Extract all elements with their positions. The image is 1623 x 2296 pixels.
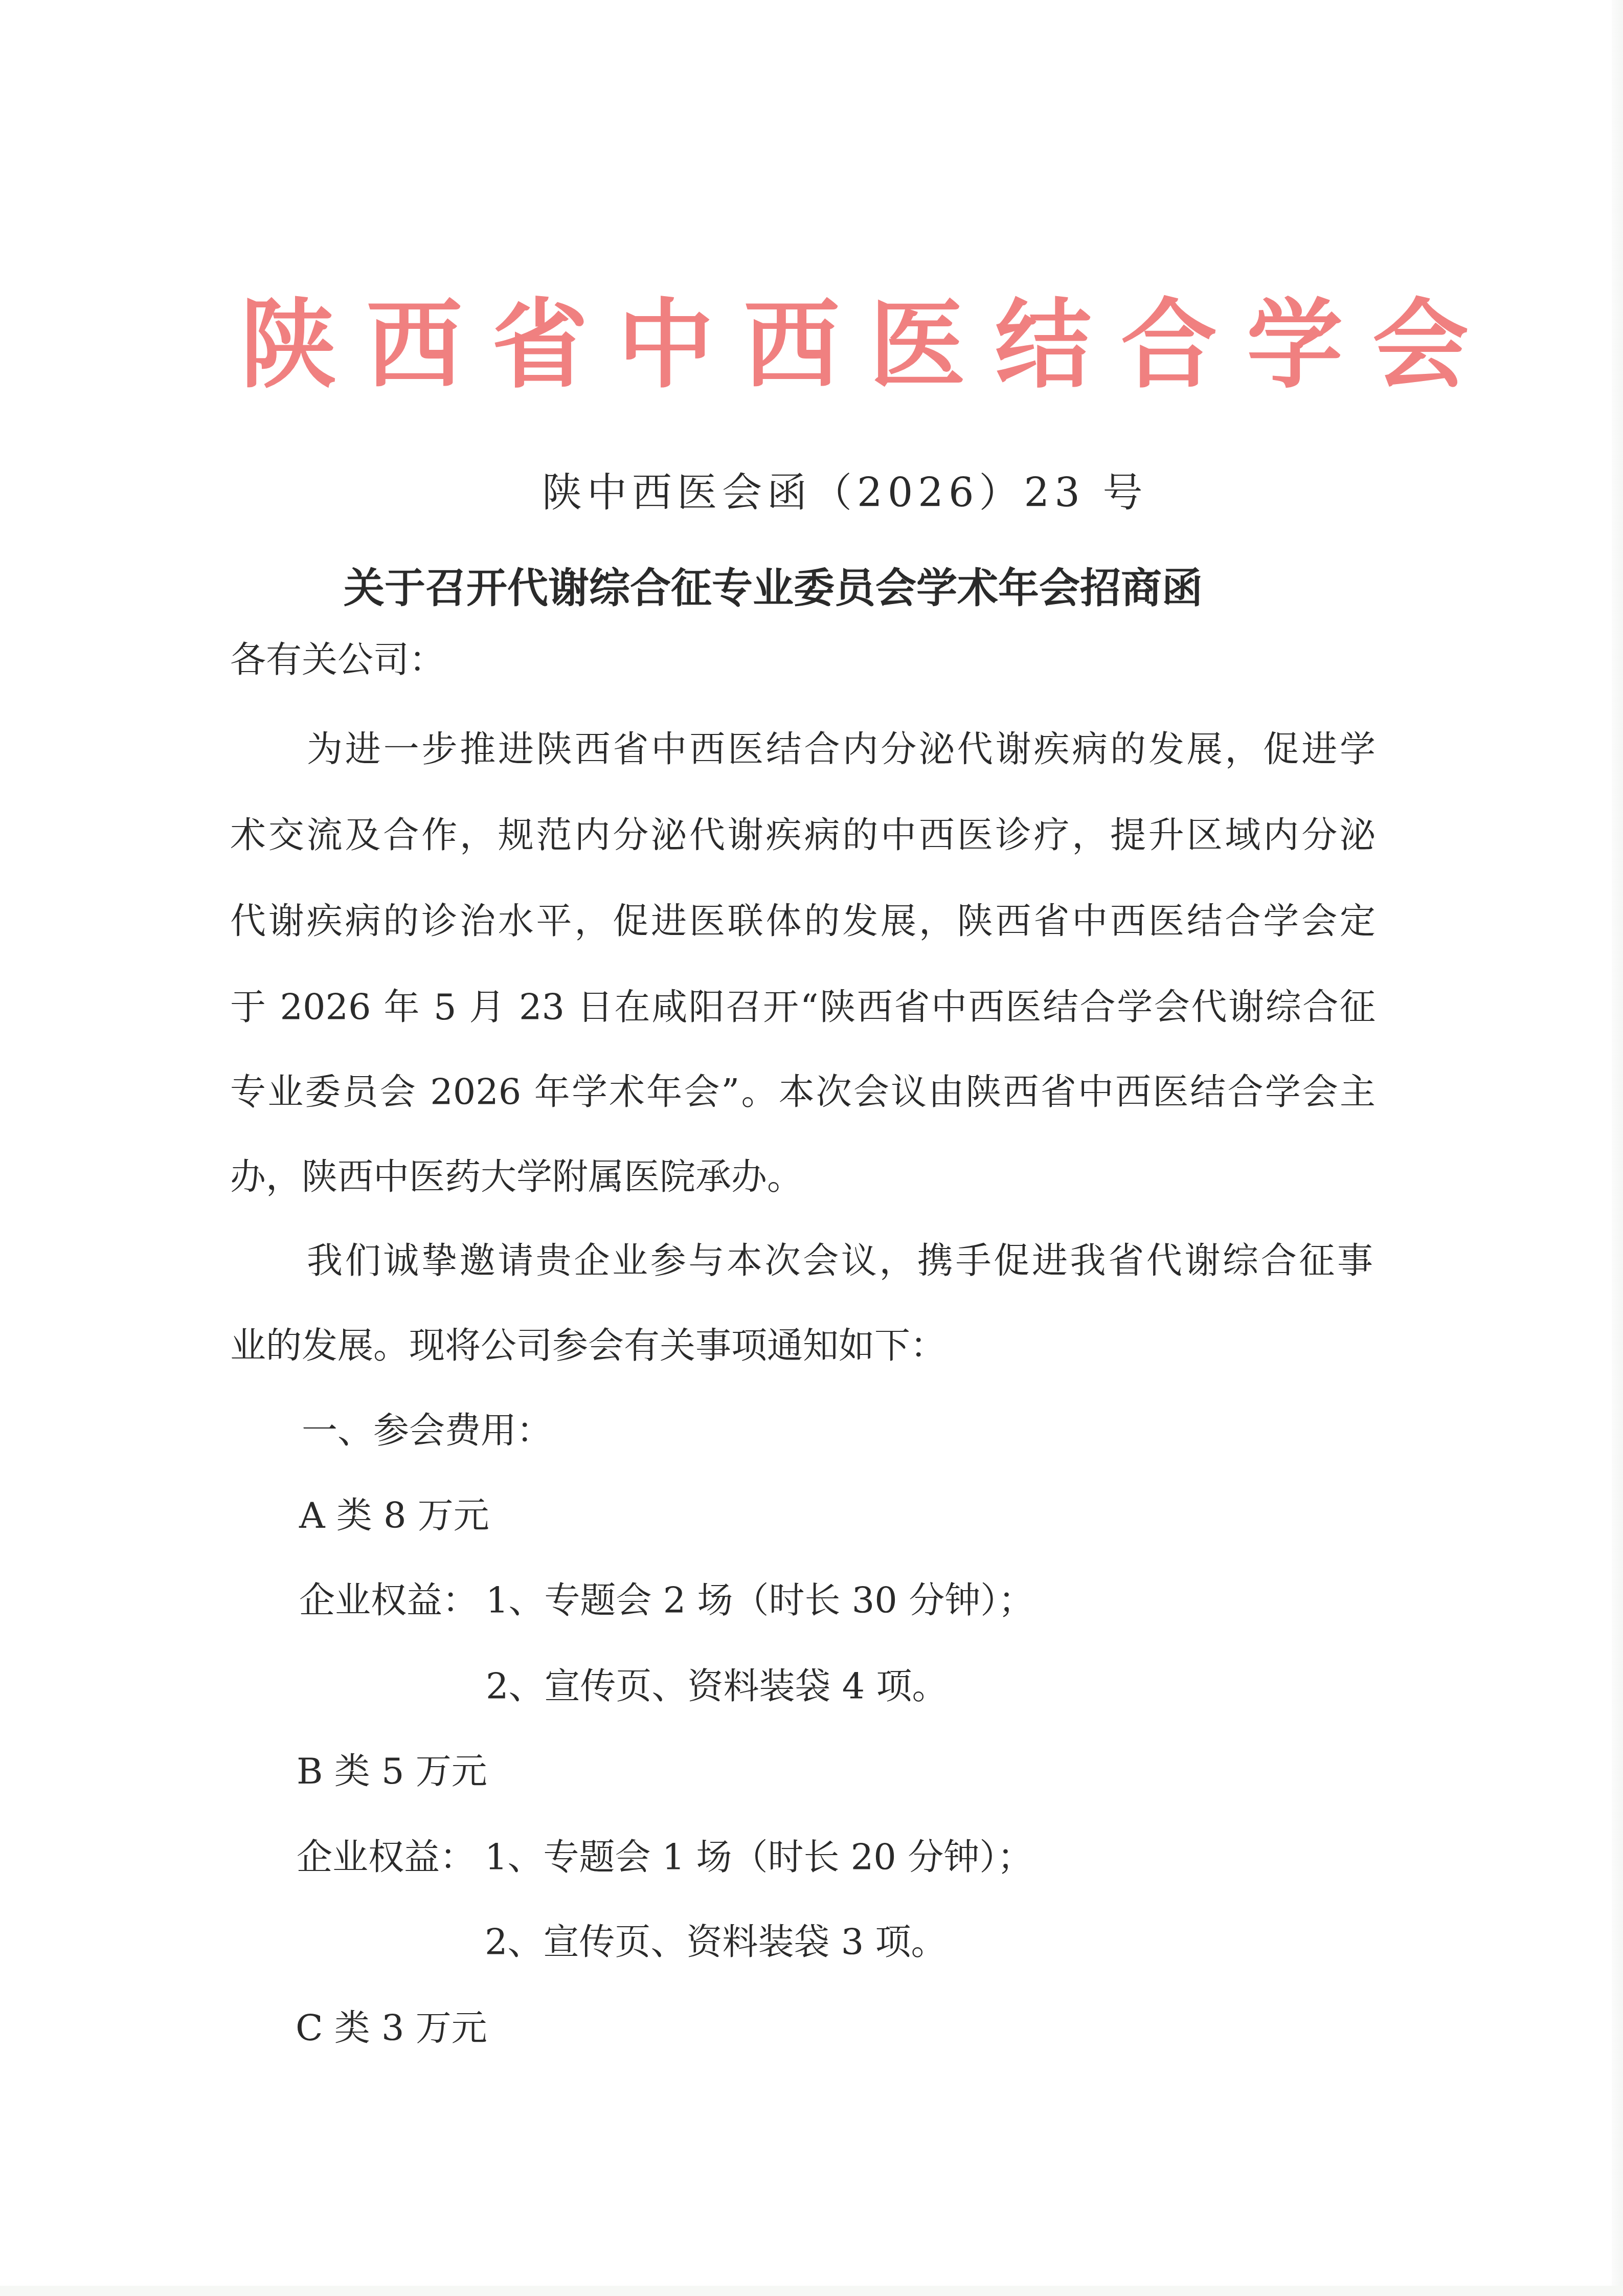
- paragraph1-line: 为进一步推进陕西省中西医结合内分泌代谢疾病的发展，促进学: [307, 731, 1376, 767]
- organization-letterhead: 陕西省中西医结合学会: [240, 297, 1406, 393]
- tier-b-benefits-label: 企业权益：: [297, 1839, 476, 1875]
- tier-a-benefit-2: 2、宣传页、资料装袋 4 项。: [486, 1668, 948, 1704]
- paragraph1-line: 于 2026 年 5 月 23 日在咸阳召开“陕西省中西医结合学会代谢综合征: [230, 989, 1376, 1025]
- tier-a-benefit-1: 1、专题会 2 场（时长 30 分钟）；: [486, 1582, 1034, 1618]
- tier-b-benefit-1: 1、专题会 1 场（时长 20 分钟）；: [485, 1839, 1033, 1875]
- scan-edge-right: [1612, 0, 1623, 2296]
- paragraph1-line: 术交流及合作，规范内分泌代谢疾病的中西医诊疗，提升区域内分泌: [230, 817, 1376, 853]
- paragraph2-line: 我们诚挚邀请贵企业参与本次会议，携手促进我省代谢综合征事: [307, 1243, 1373, 1279]
- tier-a-label: A 类 8 万元: [299, 1498, 489, 1533]
- paragraph2-line: 业的发展。现将公司参会有关事项通知如下：: [230, 1328, 946, 1364]
- document-number: 陕中西医会函（2026）23 号: [542, 473, 1148, 513]
- tier-b-benefit-2: 2、宣传页、资料装袋 3 项。: [485, 1924, 947, 1960]
- paragraph1-line: 代谢疾病的诊治水平，促进医联体的发展，陕西省中西医结合学会定: [230, 903, 1376, 939]
- tier-a-benefits-label: 企业权益：: [299, 1582, 478, 1618]
- paragraph1-line: 办，陕西中医药大学附属医院承办。: [230, 1159, 803, 1195]
- scan-edge-bottom: [0, 2286, 1623, 2296]
- salutation: 各有关公司：: [230, 642, 445, 678]
- tier-c-label: C 类 3 万元: [296, 2010, 487, 2046]
- document-page: 陕西省中西医结合学会 陕中西医会函（2026）23 号 关于召开代谢综合征专业委…: [0, 0, 1623, 2296]
- section-heading-fees: 一、参会费用：: [302, 1413, 552, 1448]
- paragraph1-line: 专业委员会 2026 年学术年会”。本次会议由陕西省中西医结合学会主: [230, 1074, 1376, 1110]
- document-title: 关于召开代谢综合征专业委员会学术年会招商函: [344, 568, 1203, 609]
- tier-b-label: B 类 5 万元: [297, 1753, 487, 1789]
